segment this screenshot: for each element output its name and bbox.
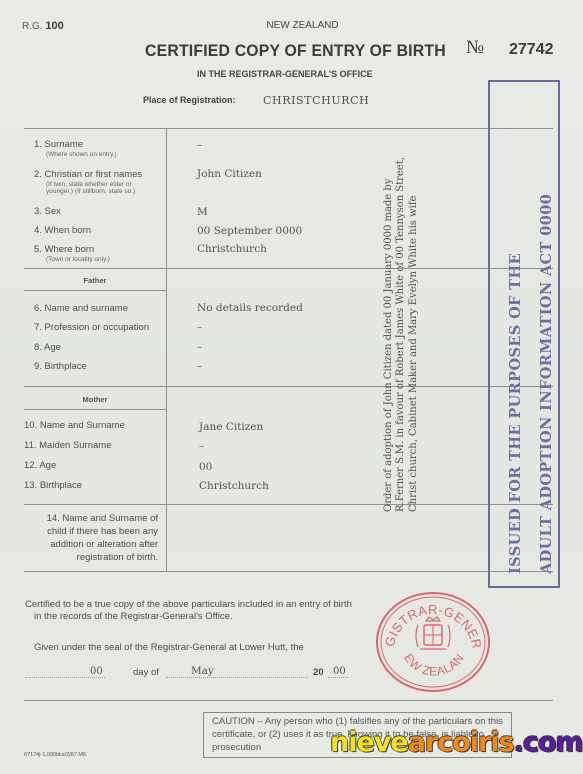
annotation-line-2: R.Ferner S.M. in favour of Robert James … [395,157,407,512]
father-occupation-label: 7. Profession or occupation [34,322,149,333]
birth-certificate: R.G. 100 NEW ZEALAND CERTIFIED COPY OF E… [0,0,583,774]
sex-label: 3. Sex [34,206,61,217]
watermark-part-1: nieve [330,727,408,758]
footer-rule [24,700,553,701]
month-dotted-line [166,677,308,678]
country-label: NEW ZEALAND [266,20,338,31]
father-section-rule [24,268,553,269]
mother-section-rule [24,386,553,387]
father-occupation-value: – [197,321,202,333]
father-age-value: – [197,341,202,353]
sex-value: M [197,206,208,218]
surname-note: (Where shown on entry.) [46,151,117,159]
alteration-section-rule [24,504,553,505]
certification-line-1: Certified to be a true copy of the above… [25,599,352,611]
surname-label: 1. Surname [34,139,83,150]
watermark-part-3: .com [514,727,583,758]
first-names-value: John Citizen [197,168,262,180]
mother-name-label: 10. Name and Surname [24,420,125,431]
print-code: 67174j-1,000bks/2/87 MK [24,752,87,758]
where-born-label: 5. Where born [34,244,94,255]
certification-statement: Certified to be a true copy of the above… [25,599,352,623]
place-of-registration-label: Place of Registration: [143,95,236,105]
father-name-value: No details recorded [197,302,303,314]
certification-line-2: in the records of the Registrar-General'… [25,611,352,623]
annotation-line-1: Order of adoption of John Citizen dated … [383,157,395,512]
certification-day: 00 [90,666,103,677]
place-of-registration-value: CHRISTCHURCH [263,94,369,107]
table-bottom-rule [24,571,553,572]
surname-value: – [197,139,202,151]
father-heading: Father [24,276,166,285]
certificate-number: 27742 [509,41,554,59]
when-born-label: 4. When born [34,225,91,236]
stamp-line-2: ADULT ADOPTION INFORMATION ACT 0000 [531,194,562,574]
alteration-label: 14. Name and Surname of child if there h… [34,512,158,564]
certification-year: 00 [333,666,346,677]
office-subtitle: IN THE REGISTRAR-GENERAL'S OFFICE [197,69,373,79]
watermark-part-2: arcoiris [408,727,514,758]
day-dotted-line [25,677,105,678]
father-heading-rule [24,290,166,291]
watermark: nievearcoiris.com [330,727,583,758]
certification-century: 20 [313,667,324,678]
annotation-line-3: Christ church, Cabinet Maker and Mary Ev… [408,157,420,512]
certification-month: May [191,665,214,677]
table-top-rule [24,128,553,129]
registrar-general-seal-icon: REGISTRAR-GENERAL NEW ZEALAND [374,591,492,693]
mother-heading-rule [24,409,166,410]
when-born-value: 00 September 0000 [197,225,302,237]
given-under-seal: Given under the seal of the Registrar-Ge… [34,642,304,653]
father-birthplace-label: 9. Birthplace [34,361,87,372]
mother-age-value: 00 [199,461,212,473]
first-names-label: 2. Christian or first names [34,169,142,180]
mother-maiden-label: 11. Maiden Surname [24,440,112,451]
father-name-label: 6. Name and surname [34,303,128,314]
adoption-annotation: Order of adoption of John Citizen dated … [383,157,420,512]
adoption-act-stamp: ISSUED FOR THE PURPOSES OF THE ADULT ADO… [500,194,562,574]
day-of-label: day of [133,667,159,678]
father-age-label: 8. Age [34,342,61,353]
first-names-note-2: younger.) (If stillborn, state so.) [46,188,135,196]
mother-heading: Mother [24,395,166,404]
document-title: CERTIFIED COPY OF ENTRY OF BIRTH [145,41,446,61]
mother-maiden-value: – [199,440,204,452]
mother-age-label: 12. Age [24,460,56,471]
where-born-note: (Town or locality only.) [46,256,110,264]
number-symbol: № [466,37,484,59]
year-dotted-line [328,677,348,678]
mother-birthplace-label: 13. Birthplace [24,480,82,491]
father-birthplace-value: – [197,360,202,372]
country-heading: NEW ZEALAND [0,20,583,31]
where-born-value: Christchurch [197,243,267,255]
mother-birthplace-value: Christchurch [199,480,269,492]
stamp-line-1: ISSUED FOR THE PURPOSES OF THE [500,194,531,574]
mother-name-value: Jane Citizen [199,421,263,433]
